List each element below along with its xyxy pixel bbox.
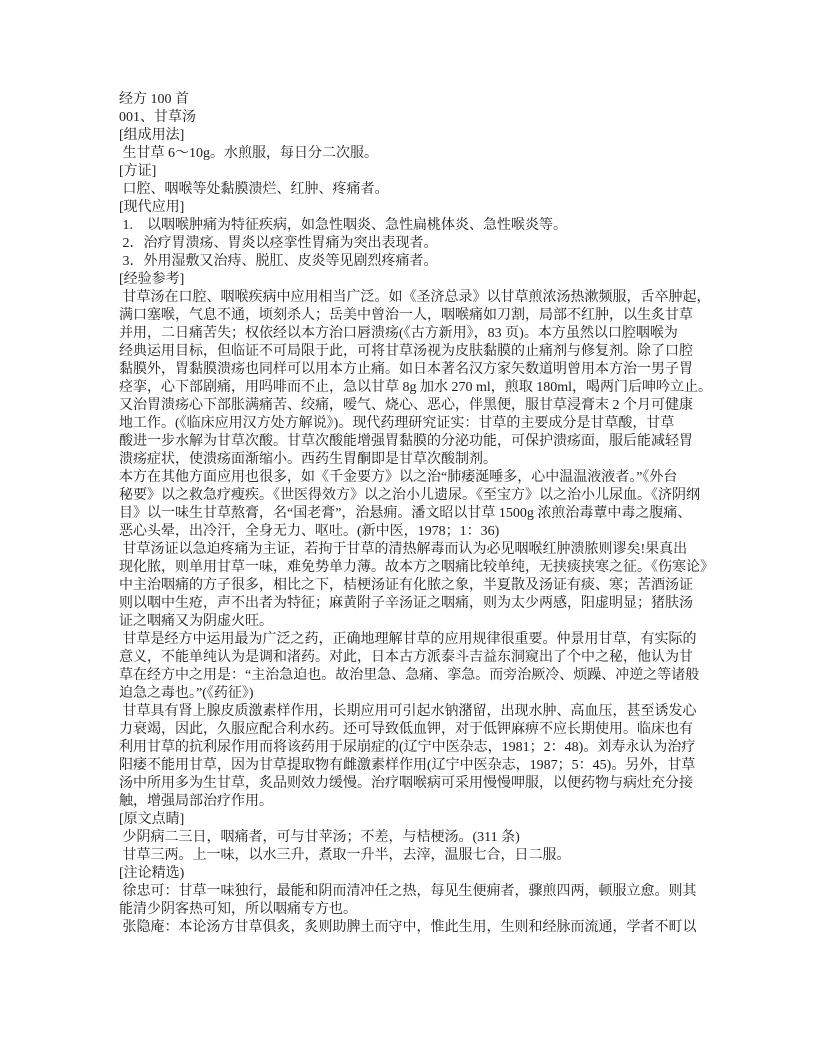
body-line: 徐忠可：甘草一味独行，最能和阴而清冲任之热，每见生便痈者，骤煎四两，顿服立愈。则… [119, 883, 719, 901]
formula-title: 001、甘草汤 [119, 109, 719, 127]
section-header-selected-commentary: [注论精选) [119, 865, 719, 883]
body-line: 力衰竭，因此，久服应配合利水药。还可导致低血钾，对于低钾麻痹不应长期使用。临床也… [119, 721, 719, 739]
body-line: 甘草具有肾上腺皮质激素样作用，长期应用可引起水钠潴留，出现水肿、高血压，甚至诱发… [119, 703, 719, 721]
body-line: 迫急之毒也。”(《药征》) [119, 685, 719, 703]
body-line: 甘草是经方中运用最为广泛之药，正确地理解甘草的应用规律很重要。仲景用甘草，有实际… [119, 631, 719, 649]
body-line: 草在经方中之用是：“主治急迫也。故治里急、急痛、挛急。而旁治厥冷、烦躁、冲逆之等… [119, 667, 719, 685]
body-line: 目》以一味生甘草熬膏，名“国老膏”，治悬痈。潘文昭以甘草 1500g 浓煎治毒蕈… [119, 505, 719, 523]
body-line: 则以咽中生疮，声不出者为特征；麻黄附子辛汤证之咽痛，则为太少两感，阳虚明显；猪肤… [119, 595, 719, 613]
body-line: 阳痿不能用甘草，因为甘草提取物有雌激素样作用(辽宁中医杂志，1987；5：45)… [119, 757, 719, 775]
body-line: 中主治咽痛的方子很多，相比之下，桔梗汤证有化脓之象，半夏散及汤证有痰、寒；苦酒汤… [119, 577, 719, 595]
document-page: 经方 100 首 001、甘草汤 [组成用法] 生甘草 6～10g。水煎服，每日… [0, 0, 816, 1056]
body-line: 地工作。(《临床应用汉方处方解说》)。现代药理研究证实：甘草的主要成分是甘草酸，… [119, 415, 719, 433]
body-line: 口腔、咽喉等处黏膜溃烂、红肿、疼痛者。 [119, 181, 719, 199]
body-line: 酸进一步水解为甘草次酸。甘草次酸能增强胃黏膜的分泌功能，可保护溃疡面，服后能减轻… [119, 433, 719, 451]
list-item: 1. 以咽喉肿痛为特征疾病，如急性咽炎、急性扁桃体炎、急性喉炎等。 [119, 217, 719, 235]
text-block: 经方 100 首 001、甘草汤 [组成用法] 生甘草 6～10g。水煎服，每日… [119, 91, 719, 937]
body-line: 甘草汤在口腔、咽喉疾病中应用相当广泛。如《圣济总录》以甘草煎浓汤热漱频服，舌卒肿… [119, 289, 719, 307]
section-header-original-text: [原文点睛] [119, 811, 719, 829]
section-header-indication: [方证] [119, 163, 719, 181]
body-line: 并用，二日痛苦失；权依经以本方治口唇溃疡(《古方新用》，83 页)。本方虽然以口… [119, 325, 719, 343]
list-item: 3．外用湿敷又治痔、脱肛、皮炎等见剧烈疼痛者。 [119, 253, 719, 271]
body-line: 本方在其他方面应用也很多，如《千金要方》以之治“肺痿涎唾多，心中温温液液者。”《… [119, 469, 719, 487]
book-title: 经方 100 首 [119, 91, 719, 109]
section-header-modern-application: [现代应用] [119, 199, 719, 217]
body-line: 恶心头晕，出冷汗，全身无力、呕吐。(新中医，1978；1：36) [119, 523, 719, 541]
body-line: 利用甘草的抗利尿作用而将该药用于尿崩症的(辽宁中医杂志，1981；2：48)。刘… [119, 739, 719, 757]
body-line: 触，增强局部治疗作用。 [119, 793, 719, 811]
section-header-composition: [组成用法] [119, 127, 719, 145]
body-line: 能清少阴客热可知，所以咽痛专方也。 [119, 901, 719, 919]
body-line: 溃疡症状，使溃疡面渐缩小。西药生胃酮即是甘草次酸制剂。 [119, 451, 719, 469]
body-line: 甘草汤证以急迫疼痛为主证，若拘于甘草的清热解毒而认为必见咽喉红肿溃脓则谬矣!果真… [119, 541, 719, 559]
list-item: 2．治疗胃溃疡、胃炎以痉挛性胃痛为突出表现者。 [119, 235, 719, 253]
body-line: 生甘草 6～10g。水煎服，每日分二次服。 [119, 145, 719, 163]
body-line: 少阴病二三日，咽痛者，可与甘苹汤；不差，与桔梗汤。(311 条) [119, 829, 719, 847]
body-line: 现化脓，则单用甘草一味，难免势单力薄。故本方之咽痛比较单纯，无挟痰挟寒之征。《伤… [119, 559, 719, 577]
body-line: 经典运用目标，但临证不可局限于此，可将甘草汤视为皮肤黏膜的止痛剂与修复剂。除了口… [119, 343, 719, 361]
body-line: 证之咽痛又为阴虚火旺。 [119, 613, 719, 631]
body-line: 满口塞喉，气息不通，顷刻杀人；岳美中曾治一人，咽喉痛如刀割，局部不红肿，以生炙甘… [119, 307, 719, 325]
body-line: 意义，不能单纯认为是调和渚药。对此，日本古方派泰斗吉益东洞窥出了个中之秘，他认为… [119, 649, 719, 667]
body-line: 痉挛，心下部剧痛，用吗啡而不止，急以甘草 8g 加水 270 ml，煎取 180… [119, 379, 719, 397]
body-line: 汤中所用多为生甘草，炙品则效力缓慢。治疗咽喉病可采用慢慢呷服，以便药物与病灶充分… [119, 775, 719, 793]
section-header-experience-reference: [经验参考] [119, 271, 719, 289]
body-line: 秘要》以之救急疗瘦疾。《世医得效方》以之治小儿遗尿。《至宝方》以之治小儿尿血。《… [119, 487, 719, 505]
body-line: 又治胃溃疡心下部胀满痛苦、绞痛，嗳气、烧心、恶心，伴黑便，服甘草浸膏末 2 个月… [119, 397, 719, 415]
body-line: 黏膜外，胃黏膜溃疡也同样可以用本方止痛。如日本著名汉方家矢数道明曾用本方治一男子… [119, 361, 719, 379]
body-line: 甘草三两。上一味，以水三升，煮取一升半，去滓，温服七合，日二服。 [119, 847, 719, 865]
body-line: 张隐庵：本论汤方甘草俱炙，炙则助脾土而守中，惟此生用，生则和经脉而流通，学者不町… [119, 919, 719, 937]
